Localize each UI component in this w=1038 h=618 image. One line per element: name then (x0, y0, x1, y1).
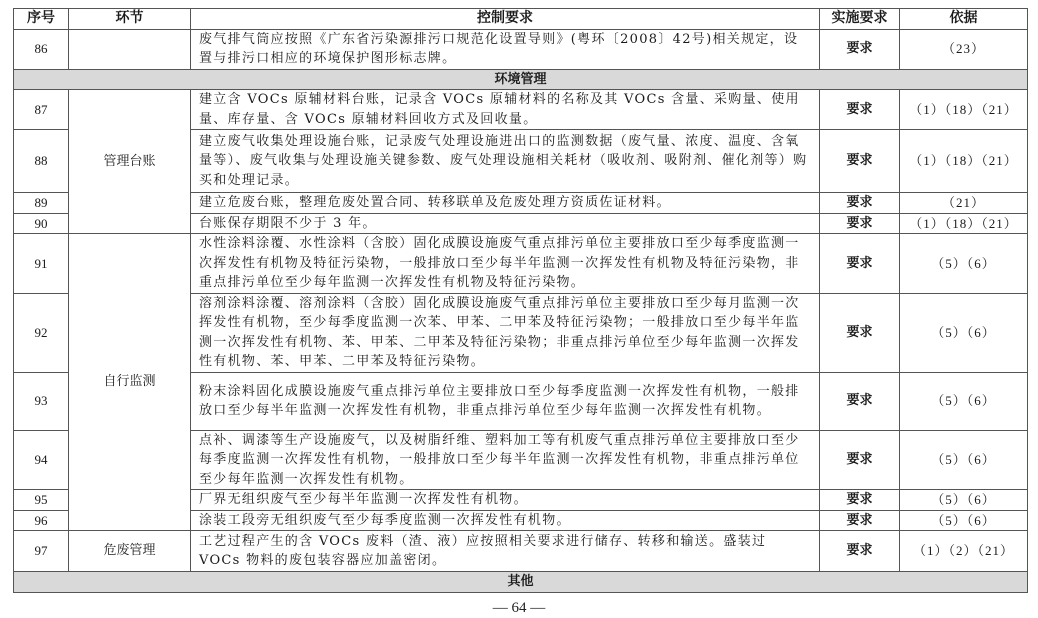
row-control-text: 溶剂涂料涂覆、溶剂涂料（含胶）固化成膜设施废气重点排污单位主要排放口至少每月监测… (191, 293, 820, 372)
row-no: 88 (14, 130, 69, 193)
row-requirement: 要求 (820, 90, 900, 130)
header-basis: 依据 (900, 9, 1028, 30)
header-stage: 环节 (69, 9, 191, 30)
row-no: 87 (14, 90, 69, 130)
row-control-text: 台账保存期限不少于 3 年。 (191, 213, 820, 234)
row-no: 90 (14, 213, 69, 234)
row-control-text: 水性涂料涂覆、水性涂料（含胶）固化成膜设施废气重点排污单位主要排放口至少每季度监… (191, 234, 820, 294)
page-number: — 64 — (0, 600, 1038, 617)
row-basis: （5）（6） (900, 490, 1028, 511)
row-requirement: 要求 (820, 234, 900, 294)
row-control-text: 点补、调漆等生产设施废气，以及树脂纤维、塑料加工等有机废气重点排污单位主要排放口… (191, 430, 820, 490)
row-requirement: 要求 (820, 213, 900, 234)
row-no: 97 (14, 531, 69, 572)
row-no: 92 (14, 293, 69, 372)
table-row: 91 自行监测 水性涂料涂覆、水性涂料（含胶）固化成膜设施废气重点排污单位主要排… (14, 234, 1028, 294)
row-requirement: 要求 (820, 490, 900, 511)
row-no: 94 (14, 430, 69, 490)
row-basis: （1）（18）（21） (900, 213, 1028, 234)
row-requirement: 要求 (820, 430, 900, 490)
row-control-text: 建立危废台账，整理危废处置合同、转移联单及危废处理方资质佐证材料。 (191, 193, 820, 214)
row-no: 96 (14, 510, 69, 531)
row-requirement: 要求 (820, 29, 900, 69)
row-requirement: 要求 (820, 372, 900, 430)
section-row-other: 其他 (14, 572, 1028, 593)
row-basis: （23） (900, 29, 1028, 69)
section-title: 其他 (14, 572, 1028, 593)
row-requirement: 要求 (820, 130, 900, 193)
header-row: 序号 环节 控制要求 实施要求 依据 (14, 9, 1028, 30)
row-no: 86 (14, 29, 69, 69)
row-requirement: 要求 (820, 193, 900, 214)
header-control: 控制要求 (191, 9, 820, 30)
row-basis: （1）（2）（21） (900, 531, 1028, 572)
row-stage (69, 29, 191, 69)
row-no: 93 (14, 372, 69, 430)
row-basis: （5）（6） (900, 430, 1028, 490)
row-basis: （5）（6） (900, 234, 1028, 294)
stage-hazardous-waste: 危废管理 (69, 531, 191, 572)
row-control-text: 粉末涂料固化成膜设施废气重点排污单位主要排放口至少每季度监测一次挥发性有机物，一… (191, 372, 820, 430)
row-requirement: 要求 (820, 293, 900, 372)
regulation-table: 序号 环节 控制要求 实施要求 依据 86 废气排气筒应按照《广东省污染源排污口… (13, 8, 1028, 593)
section-row-env-management: 环境管理 (14, 69, 1028, 90)
row-requirement: 要求 (820, 510, 900, 531)
table-row: 86 废气排气筒应按照《广东省污染源排污口规范化设置导则》(粤环〔2008〕42… (14, 29, 1028, 69)
row-basis: （5）（6） (900, 293, 1028, 372)
table-row: 87 管理台账 建立含 VOCs 原辅材料台账，记录含 VOCs 原辅材料的名称… (14, 90, 1028, 130)
row-control-text: 工艺过程产生的含 VOCs 废料（渣、液）应按照相关要求进行储存、转移和输送。盛… (191, 531, 820, 572)
row-requirement: 要求 (820, 531, 900, 572)
row-no: 91 (14, 234, 69, 294)
stage-ledger: 管理台账 (69, 90, 191, 234)
row-control-text: 建立废气收集处理设施台账，记录废气处理设施进出口的监测数据（废气量、浓度、温度、… (191, 130, 820, 193)
header-no: 序号 (14, 9, 69, 30)
table-row: 97 危废管理 工艺过程产生的含 VOCs 废料（渣、液）应按照相关要求进行储存… (14, 531, 1028, 572)
row-basis: （1）（18）（21） (900, 130, 1028, 193)
row-control-text: 涂装工段旁无组织废气至少每季度监测一次挥发性有机物。 (191, 510, 820, 531)
row-control-text: 废气排气筒应按照《广东省污染源排污口规范化设置导则》(粤环〔2008〕42号)相… (191, 29, 820, 69)
row-basis: （21） (900, 193, 1028, 214)
row-control-text: 建立含 VOCs 原辅材料台账，记录含 VOCs 原辅材料的名称及其 VOCs … (191, 90, 820, 130)
row-basis: （1）（18）（21） (900, 90, 1028, 130)
section-title: 环境管理 (14, 69, 1028, 90)
row-no: 89 (14, 193, 69, 214)
row-no: 95 (14, 490, 69, 511)
row-basis: （5）（6） (900, 510, 1028, 531)
row-control-text: 厂界无组织废气至少每半年监测一次挥发性有机物。 (191, 490, 820, 511)
stage-self-monitoring: 自行监测 (69, 234, 191, 531)
row-basis: （5）（6） (900, 372, 1028, 430)
header-implementation: 实施要求 (820, 9, 900, 30)
